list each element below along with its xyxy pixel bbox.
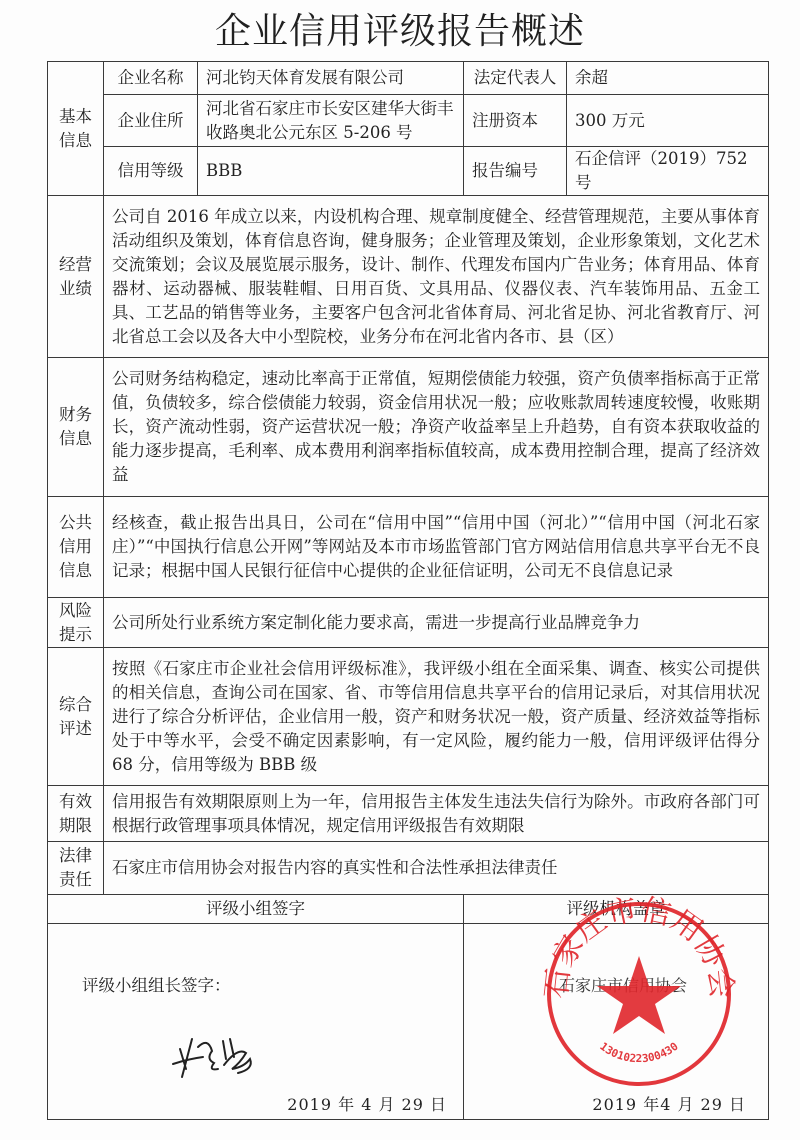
legal-text: 石家庄市信用协会对报告内容的真实性和合法性承担法律责任 xyxy=(104,842,769,895)
registered-capital-label: 注册资本 xyxy=(464,95,567,147)
row-risk: 风险提示 公司所处行业系统方案定制化能力要求高，需进一步提高行业品牌竞争力 xyxy=(48,598,769,648)
validity-label-text: 有效期限 xyxy=(58,790,94,838)
leader-signature-label: 评级小组组长签字： xyxy=(82,974,231,998)
company-name-value: 河北钧天体育发展有限公司 xyxy=(198,62,464,95)
risk-text: 公司所处行业系统方案定制化能力要求高，需进一步提高行业品牌竞争力 xyxy=(104,598,769,648)
row-signatures: 评级小组组长签字： 2019 年 4 月 29 日 石家庄市信用协会 石家庄市信… xyxy=(48,924,769,1120)
finance-label-text: 财务信息 xyxy=(58,403,94,451)
finance-text: 公司财务结构稳定，速动比率高于正常值，短期偿债能力较强，资产负债率指标高于正常值… xyxy=(104,358,769,497)
business-label-text: 经营业绩 xyxy=(58,253,94,301)
address-label: 企业住所 xyxy=(104,95,198,147)
finance-label: 财务信息 xyxy=(48,358,104,497)
legal-rep-value: 余超 xyxy=(567,62,769,95)
business-text: 公司自 2016 年成立以来，内设机构合理、规章制度健全、经营管理规范，主要从事… xyxy=(104,196,769,358)
svg-text:1301022300430: 1301022300430 xyxy=(597,1040,680,1065)
risk-label-text: 风险提示 xyxy=(58,599,94,647)
public-credit-text: 经核查，截止报告出具日，公司在“信用中国”“信用中国（河北）”“信用中国（河北石… xyxy=(104,497,769,598)
registered-capital-value: 300 万元 xyxy=(567,95,769,147)
agency-stamp-cell: 石家庄市信用协会 石家庄市信用协会 1301022300430 2019 年4 … xyxy=(464,924,769,1120)
row-public-credit: 公共信用信息 经核查，截止报告出具日，公司在“信用中国”“信用中国（河北）”“信… xyxy=(48,497,769,598)
row-address: 企业住所 河北省石家庄市长安区建华大街丰收路奥北公元东区 5-206 号 注册资… xyxy=(48,95,769,147)
row-finance: 财务信息 公司财务结构稳定，速动比率高于正常值，短期偿债能力较强，资产负债率指标… xyxy=(48,358,769,497)
team-signature-date: 2019 年 4 月 29 日 xyxy=(287,1093,447,1117)
report-no-label: 报告编号 xyxy=(464,147,567,196)
row-legal: 法律责任 石家庄市信用协会对报告内容的真实性和合法性承担法律责任 xyxy=(48,842,769,895)
agency-name: 石家庄市信用协会 xyxy=(559,974,687,998)
credit-rating-value: BBB xyxy=(198,147,464,196)
row-validity: 有效期限 信用报告有效期限原则上为一年，信用报告主体发生违法失信行为除外。市政府… xyxy=(48,786,769,842)
summary-label-text: 综合评述 xyxy=(58,693,94,741)
row-company-name: 基本信息 企业名称 河北钧天体育发展有限公司 法定代表人 余超 xyxy=(48,62,769,95)
report-no-value: 石企信评（2019）752 号 xyxy=(567,147,769,196)
handwritten-signature-icon xyxy=(168,1029,268,1089)
row-credit-rating: 信用等级 BBB 报告编号 石企信评（2019）752 号 xyxy=(48,147,769,196)
report-table: 基本信息 企业名称 河北钧天体育发展有限公司 法定代表人 余超 企业住所 河北省… xyxy=(47,61,769,1120)
public-credit-label-text: 公共信用信息 xyxy=(58,511,94,583)
risk-label: 风险提示 xyxy=(48,598,104,648)
validity-text: 信用报告有效期限原则上为一年，信用报告主体发生违法失信行为除外。市政府各部门可根… xyxy=(104,786,769,842)
team-signature-cell: 评级小组组长签字： 2019 年 4 月 29 日 xyxy=(48,924,464,1120)
row-signature-headers: 评级小组签字 评级机构盖章 xyxy=(48,895,769,924)
legal-rep-label: 法定代表人 xyxy=(464,62,567,95)
report-title: 企业信用评级报告概述 xyxy=(0,10,800,54)
row-business: 经营业绩 公司自 2016 年成立以来，内设机构合理、规章制度健全、经营管理规范… xyxy=(48,196,769,358)
basic-info-label-text: 基本信息 xyxy=(58,105,94,153)
basic-info-label: 基本信息 xyxy=(48,62,104,196)
address-value: 河北省石家庄市长安区建华大街丰收路奥北公元东区 5-206 号 xyxy=(198,95,464,147)
public-credit-label: 公共信用信息 xyxy=(48,497,104,598)
credit-rating-label: 信用等级 xyxy=(104,147,198,196)
agency-stamp-header: 评级机构盖章 xyxy=(464,895,769,924)
business-label: 经营业绩 xyxy=(48,196,104,358)
row-summary: 综合评述 按照《石家庄市企业社会信用评级标准》，我评级小组在全面采集、调查、核实… xyxy=(48,648,769,786)
company-name-label: 企业名称 xyxy=(104,62,198,95)
agency-stamp-date: 2019 年4 月 29 日 xyxy=(592,1093,746,1117)
legal-label: 法律责任 xyxy=(48,842,104,895)
summary-label: 综合评述 xyxy=(48,648,104,786)
team-signature-header: 评级小组签字 xyxy=(48,895,464,924)
validity-label: 有效期限 xyxy=(48,786,104,842)
summary-text: 按照《石家庄市企业社会信用评级标准》，我评级小组在全面采集、调查、核实公司提供的… xyxy=(104,648,769,786)
legal-label-text: 法律责任 xyxy=(58,844,94,892)
seal-code: 1301022300430 xyxy=(597,1040,680,1065)
